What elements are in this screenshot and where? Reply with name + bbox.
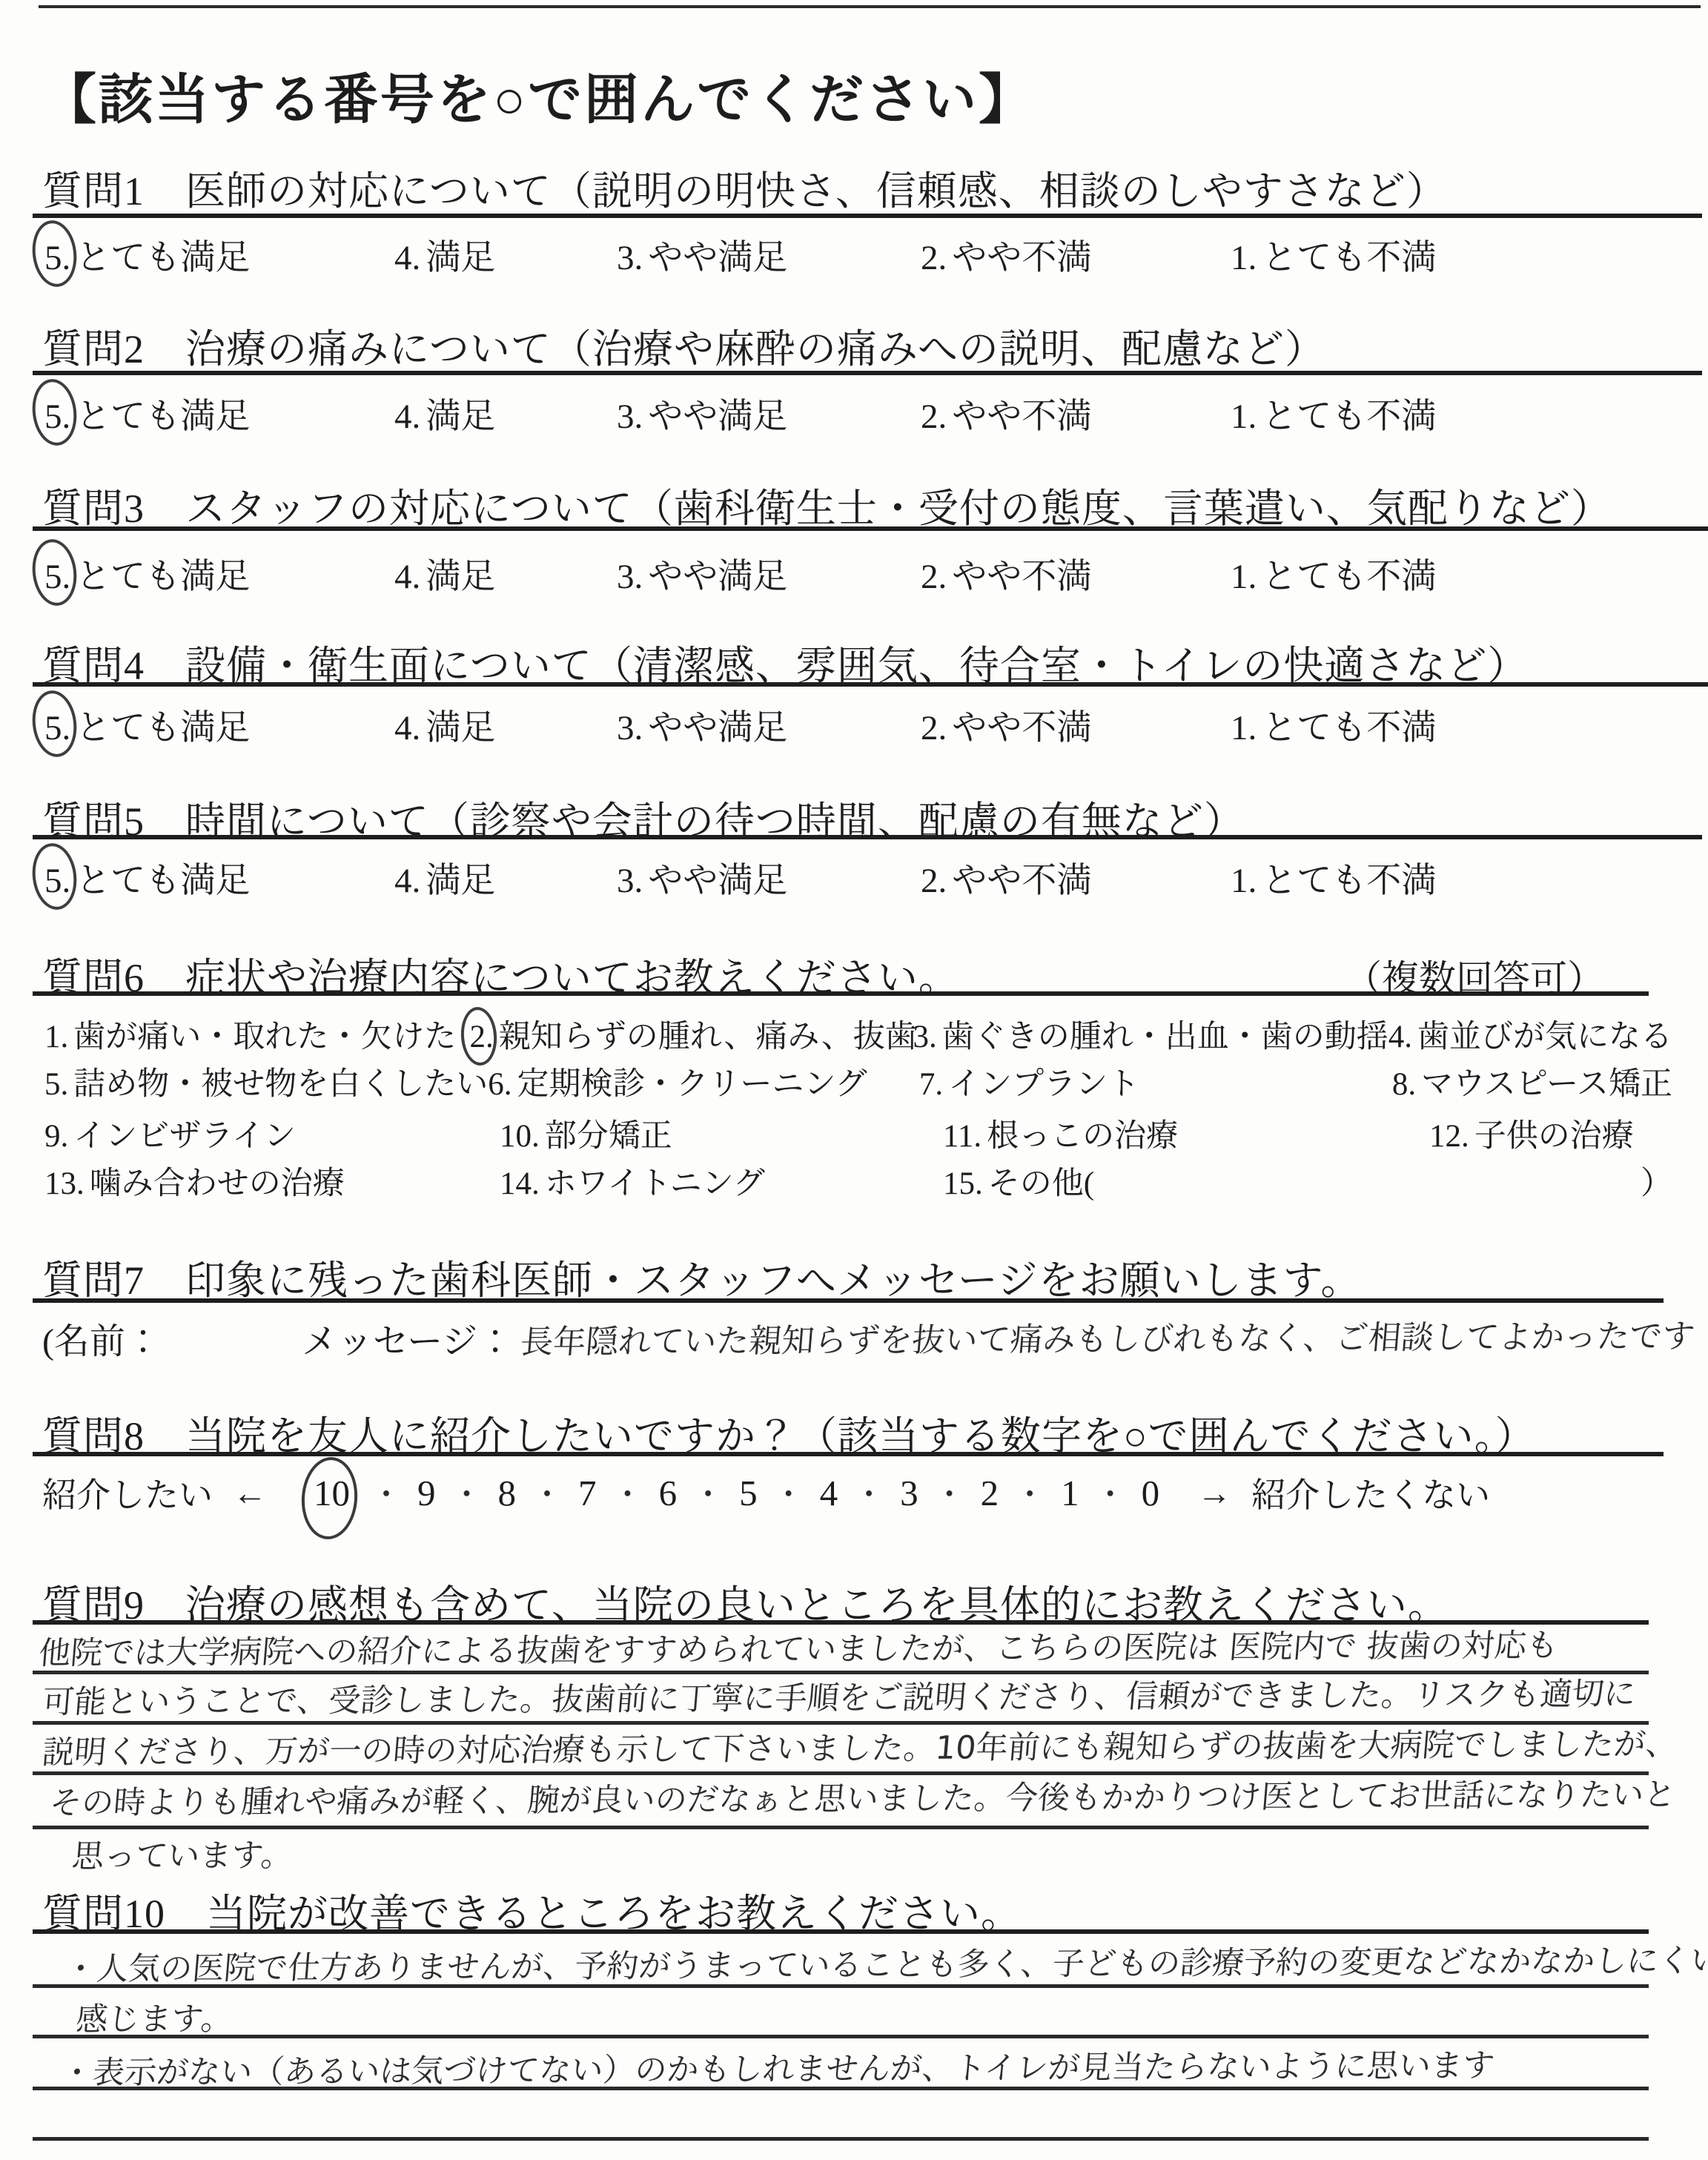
name-field-label: (名前：: [42, 1312, 161, 1364]
option-label: やや満足: [648, 397, 787, 436]
q6-item-6: 6.定期検診・クリーニング: [488, 1059, 919, 1104]
question-7-answer-row: (名前： メッセージ： 長年隠れていた親知らずを抜いて痛みもしびれもなく、ご相談…: [42, 1312, 1708, 1364]
option-label: とても不満: [1262, 709, 1436, 747]
option-label: 満足: [426, 239, 495, 277]
option-label: 満足: [426, 862, 495, 900]
option-label: とても満足: [76, 862, 250, 900]
option-somewhat-satisfied: 3.やや満足: [617, 389, 921, 438]
circled-answer-mark: 5.: [44, 557, 70, 597]
ruled-line: [33, 2035, 1649, 2038]
q6-item-7: 7.インプラント: [919, 1059, 1392, 1104]
circled-answer-mark: 2.: [470, 1019, 494, 1055]
q9-handwritten-line-5: 思っています。: [70, 1830, 295, 1877]
q9-handwritten-line-2: 可能ということで、受診しました。抜歯前に丁寧に手順をご説明くださり、信頼ができま…: [41, 1669, 1638, 1723]
option-very-satisfied: 5.とても満足: [44, 853, 394, 902]
nps-number: 8: [498, 1472, 517, 1514]
q6-other-close-paren: ）: [1641, 1158, 1672, 1203]
option-very-satisfied: 5.とても満足: [44, 230, 394, 280]
q10-handwritten-line-2: 感じます。: [74, 1994, 235, 2040]
q6-row-2: 5.詰め物・被せ物を白くしたい 6.定期検診・クリーニング 7.インプラント 8…: [44, 1059, 1672, 1104]
option-satisfied: 4.満足: [394, 549, 617, 598]
nps-number: 3: [900, 1472, 918, 1514]
option-label: 満足: [426, 558, 495, 596]
option-very-dissatisfied: 1.とても不満: [1231, 230, 1436, 280]
option-label: とても不満: [1262, 397, 1436, 436]
option-satisfied: 4.満足: [394, 853, 617, 902]
option-somewhat-dissatisfied: 2.やや不満: [921, 853, 1231, 902]
question-1-underline: [33, 214, 1702, 218]
option-label: やや不満: [952, 862, 1091, 900]
question-2-heading: 質問2 治療の痛みについて（治療や麻酔の痛みへの説明、配慮など）: [42, 317, 1325, 374]
option-label: やや不満: [952, 558, 1091, 596]
option-very-dissatisfied: 1.とても不満: [1231, 700, 1436, 750]
circled-answer-mark: 5.: [44, 238, 70, 278]
question-3-options: 5.とても満足 4.満足 3.やや満足 2.やや不満 1.とても不満: [44, 549, 1436, 598]
q6-item-8: 8.マウスピース矯正: [1392, 1059, 1672, 1104]
option-label: 満足: [426, 709, 495, 747]
q6-item-2: 2.親知らずの腫れ、痛み、抜歯: [470, 1011, 913, 1057]
ruled-line: [33, 1826, 1649, 1829]
q9-handwritten-line-4: その時よりも腫れや痛みが軽く、腕が良いのだなぁと思いました。今後もかかりつけ医と…: [48, 1770, 1678, 1823]
q6-item-13: 13.噛み合わせの治療: [44, 1158, 500, 1203]
q9-handwritten-line-3: 説明くださり、万が一の時の対応治療も示して下さいました。10年前にも親知らずの抜…: [41, 1719, 1680, 1773]
nps-number: 7: [578, 1472, 597, 1514]
circled-answer-mark: 5.: [44, 397, 70, 437]
nps-scale-row: 紹介したい ← 10 ・ 9 ・ 8 ・ 7 ・ 6 ・ 5 ・ 4 ・ 3 ・…: [42, 1468, 1490, 1517]
q10-handwritten-line-1: ・人気の医院で仕方ありませんが、予約がうまっていることも多く、子どもの診療予約の…: [63, 1935, 1708, 1989]
option-somewhat-dissatisfied: 2.やや不満: [921, 700, 1231, 750]
ruled-line: [33, 1984, 1649, 1988]
nps-number: 2: [981, 1472, 999, 1514]
q6-item-11: 11.根っこの治療: [943, 1111, 1429, 1156]
question-3-underline: [33, 526, 1708, 531]
question-1-options: 5.とても満足 4.満足 3.やや満足 2.やや不満 1.とても不満: [44, 230, 1436, 280]
option-label: とても満足: [76, 558, 250, 596]
option-somewhat-dissatisfied: 2.やや不満: [921, 389, 1231, 438]
question-10-underline: [33, 1929, 1649, 1934]
option-label: とても不満: [1262, 239, 1436, 277]
option-somewhat-satisfied: 3.やや満足: [617, 853, 921, 902]
question-2-underline: [33, 371, 1702, 375]
option-label: とても不満: [1262, 558, 1436, 596]
q6-item-12: 12.子供の治療: [1429, 1111, 1634, 1156]
option-label: 満足: [426, 397, 495, 436]
question-8-underline: [33, 1452, 1664, 1456]
question-4-underline: [33, 682, 1708, 687]
question-7-underline: [33, 1298, 1664, 1303]
nps-left-label: 紹介したい: [42, 1468, 213, 1517]
q6-item-1: 1.歯が痛い・取れた・欠けた: [44, 1011, 470, 1057]
option-label: やや満足: [648, 862, 787, 900]
option-somewhat-dissatisfied: 2.やや不満: [921, 230, 1231, 280]
option-somewhat-dissatisfied: 2.やや不満: [921, 549, 1231, 598]
question-5-options: 5.とても満足 4.満足 3.やや満足 2.やや不満 1.とても不満: [44, 853, 1436, 902]
survey-form-page: 【該当する番号を○で囲んでください】 質問1 医師の対応について（説明の明快さ、…: [0, 0, 1708, 2160]
option-label: とても満足: [76, 397, 250, 436]
nps-number: 4: [820, 1472, 838, 1514]
nps-number: 1: [1061, 1472, 1079, 1514]
option-label: やや満足: [648, 558, 787, 596]
question-2-options: 5.とても満足 4.満足 3.やや満足 2.やや不満 1.とても不満: [44, 389, 1436, 438]
option-label: やや不満: [952, 397, 1091, 436]
question-1-heading: 質問1 医師の対応について（説明の明快さ、信頼感、相談のしやすさなど）: [42, 159, 1447, 217]
option-somewhat-satisfied: 3.やや満足: [617, 549, 921, 598]
q6-item-10: 10.部分矯正: [500, 1111, 943, 1156]
option-label: とても満足: [76, 709, 250, 747]
q6-item-9: 9.インビザライン: [44, 1111, 500, 1156]
option-very-dissatisfied: 1.とても不満: [1231, 549, 1436, 598]
option-label: やや満足: [648, 239, 787, 277]
q6-row-1: 1.歯が痛い・取れた・欠けた 2.親知らずの腫れ、痛み、抜歯 3.歯ぐきの腫れ・…: [44, 1011, 1672, 1057]
ruled-line: [33, 2087, 1649, 2090]
q6-item-3: 3.歯ぐきの腫れ・出血・歯の動揺: [913, 1011, 1388, 1057]
option-label: とても不満: [1262, 862, 1436, 900]
q10-handwritten-line-3: ・表示がない（あるいは気づけてない）のかもしれませんが、トイレが見当たらないよう…: [59, 2041, 1497, 2093]
page-title: 【該当する番号を○で囲んでください】: [42, 56, 1035, 133]
right-arrow-icon: →: [1197, 1473, 1231, 1513]
handwritten-message: 長年隠れていた親知らずを抜いて痛みもしびれもなく、ご相談してよかったです: [519, 1309, 1697, 1363]
question-5-underline: [33, 835, 1702, 839]
q9-handwritten-line-1: 他院では大学病院への紹介による抜歯をすすめられていましたが、こちらの医院は 医院…: [37, 1620, 1560, 1674]
scan-top-line: [39, 5, 1701, 8]
option-label: やや満足: [648, 709, 787, 747]
option-somewhat-satisfied: 3.やや満足: [617, 700, 921, 750]
option-label: やや不満: [952, 239, 1091, 277]
message-field-label: メッセージ：: [302, 1312, 513, 1364]
question-6-underline: [33, 991, 1649, 996]
option-very-dissatisfied: 1.とても不満: [1231, 853, 1436, 902]
left-arrow-icon: ←: [233, 1473, 267, 1513]
question-3-heading: 質問3 スタッフの対応について（歯科衛生士・受付の態度、言葉遣い、気配りなど）: [42, 477, 1612, 534]
q6-item-14: 14.ホワイトニング: [500, 1158, 943, 1203]
q6-item-5: 5.詰め物・被せ物を白くしたい: [44, 1059, 488, 1104]
circled-answer-mark: 5.: [44, 861, 70, 901]
nps-right-label: 紹介したくない: [1251, 1468, 1490, 1517]
nps-number: 9: [417, 1472, 436, 1514]
option-satisfied: 4.満足: [394, 230, 617, 280]
q6-item-15: 15.その他(: [943, 1158, 1429, 1203]
option-very-satisfied: 5.とても満足: [44, 700, 394, 750]
q6-row-3: 9.インビザライン 10.部分矯正 11.根っこの治療 12.子供の治療: [44, 1111, 1672, 1156]
nps-number: 6: [659, 1472, 678, 1514]
option-very-satisfied: 5.とても満足: [44, 549, 394, 598]
option-label: とても満足: [76, 239, 250, 277]
option-somewhat-satisfied: 3.やや満足: [617, 230, 921, 280]
option-satisfied: 4.満足: [394, 389, 617, 438]
q6-item-4: 4.歯並びが気になる: [1388, 1011, 1672, 1057]
circled-answer-mark: 10: [314, 1472, 350, 1514]
option-very-dissatisfied: 1.とても不満: [1231, 389, 1436, 438]
question-4-options: 5.とても満足 4.満足 3.やや満足 2.やや不満 1.とても不満: [44, 700, 1436, 750]
option-label: やや不満: [952, 709, 1091, 747]
nps-number: 0: [1142, 1472, 1160, 1514]
circled-answer-mark: 5.: [44, 708, 70, 748]
nps-number: 5: [739, 1472, 758, 1514]
ruled-line: [33, 2137, 1649, 2141]
question-7-heading: 質問7 印象に残った歯科医師・スタッフへメッセージをお願いします。: [42, 1249, 1361, 1306]
option-satisfied: 4.満足: [394, 700, 617, 750]
option-very-satisfied: 5.とても満足: [44, 389, 394, 438]
q6-row-4: 13.噛み合わせの治療 14.ホワイトニング 15.その他(: [44, 1158, 1672, 1203]
